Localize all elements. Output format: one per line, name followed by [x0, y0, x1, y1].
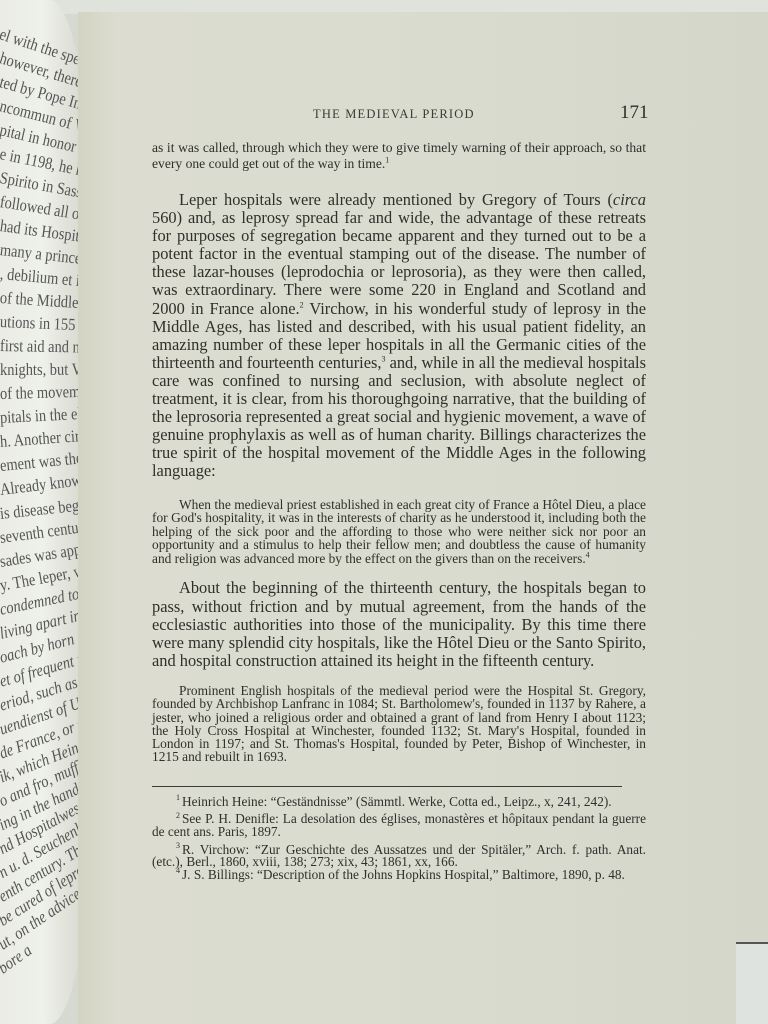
footnote-text: Heinrich Heine: “Geständnisse” (Sämmtl. … — [182, 794, 612, 809]
footnotes: 1Heinrich Heine: “Geständnisse” (Sämmtl.… — [152, 796, 646, 882]
block-quote: When the medieval priest established in … — [152, 498, 646, 566]
footnote-text: R. Virchow: “Zur Geschichte des Aussatze… — [152, 842, 646, 870]
italic-term: circa — [613, 190, 646, 209]
quote-text: When the medieval priest established in … — [152, 497, 646, 566]
footnote-number: 1 — [176, 793, 180, 802]
paragraph-english-hospitals: Prominent English hospitals of the medie… — [152, 684, 646, 764]
paragraph-leper-hospitals: Leper hospitals were already mentioned b… — [152, 191, 646, 481]
footnote-number: 2 — [176, 811, 180, 820]
continuation-text: as it was called, through which they wer… — [152, 140, 646, 171]
footnote-text: J. S. Billings: “Description of the John… — [182, 867, 625, 882]
footnote-ref[interactable]: 1 — [385, 155, 389, 164]
footnote-text: See P. H. Denifle: La desolation des égl… — [152, 811, 646, 839]
paragraph-thirteenth-century: About the beginning of the thirteenth ce… — [152, 579, 646, 669]
paragraph-text: Leper hospitals were already mentioned b… — [179, 190, 613, 209]
page-number: 171 — [620, 102, 649, 124]
footnote-3: 3R. Virchow: “Zur Geschichte des Aussatz… — [152, 844, 646, 869]
paragraph-text: and, while in all the medieval hospitals… — [152, 353, 646, 481]
continuation-paragraph: as it was called, through which they wer… — [152, 140, 646, 172]
footnote-number: 3 — [176, 841, 180, 850]
footnote-ref[interactable]: 4 — [586, 550, 590, 559]
footnote-1: 1Heinrich Heine: “Geständnisse” (Sämmtl.… — [152, 796, 646, 809]
footnote-4: 4J. S. Billings: “Description of the Joh… — [152, 869, 646, 882]
footnote-2: 2See P. H. Denifle: La desolation des ég… — [152, 813, 646, 838]
running-head: THE MEDIEVAL PERIOD — [313, 107, 475, 122]
footnote-number: 4 — [176, 866, 180, 875]
page-content: as it was called, through which they wer… — [152, 140, 646, 881]
page-edge-shadow — [736, 942, 768, 1024]
